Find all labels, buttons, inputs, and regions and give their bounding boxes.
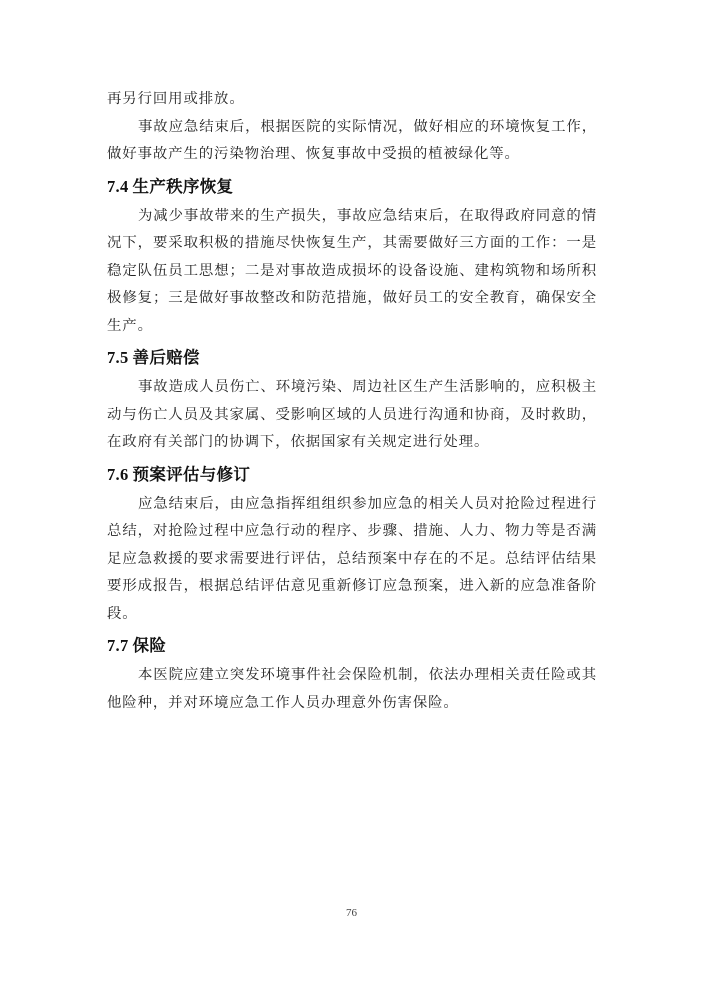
section-title: 善后赔偿 [133,348,200,367]
section-title: 预案评估与修订 [133,465,251,484]
section-7-6: 7.6预案评估与修订 应急结束后，由应急指挥组组织参加应急的相关人员对抢险过程进… [107,459,597,629]
section-title: 保险 [133,636,167,655]
section-7-5: 7.5善后赔偿 事故造成人员伤亡、环境污染、周边社区生产生活影响的，应积极主动与… [107,342,597,457]
section-heading: 7.7保险 [107,630,597,661]
page-number: 76 [0,907,703,919]
section-number: 7.4 [107,177,129,196]
section-7-4: 7.4生产秩序恢复 为减少事故带来的生产损失，事故应急结束后，在取得政府同意的情… [107,171,597,341]
section-heading: 7.5善后赔偿 [107,342,597,373]
section-paragraph: 本医院应建立突发环境事件社会保险机制，依法办理相关责任险或其他险种，并对环境应急… [107,662,597,717]
section-7-7: 7.7保险 本医院应建立突发环境事件社会保险机制，依法办理相关责任险或其他险种，… [107,630,597,717]
section-title: 生产秩序恢复 [133,177,234,196]
section-paragraph: 应急结束后，由应急指挥组组织参加应急的相关人员对抢险过程进行总结，对抢险过程中应… [107,491,597,629]
section-number: 7.7 [107,636,129,655]
document-page: 再另行回用或排放。 事故应急结束后，根据医院的实际情况，做好相应的环境恢复工作，… [0,0,703,994]
section-paragraph: 为减少事故带来的生产损失，事故应急结束后，在取得政府同意的情况下，要采取积极的措… [107,203,597,341]
section-heading: 7.6预案评估与修订 [107,459,597,490]
continuation-paragraph: 事故应急结束后，根据医院的实际情况，做好相应的环境恢复工作，做好事故产生的污染物… [107,114,597,169]
section-heading: 7.4生产秩序恢复 [107,171,597,202]
page-content: 再另行回用或排放。 事故应急结束后，根据医院的实际情况，做好相应的环境恢复工作，… [107,86,597,717]
section-number: 7.5 [107,348,129,367]
continuation-text: 再另行回用或排放。 [107,86,597,114]
section-number: 7.6 [107,465,129,484]
section-paragraph: 事故造成人员伤亡、环境污染、周边社区生产生活影响的，应积极主动与伤亡人员及其家属… [107,374,597,457]
